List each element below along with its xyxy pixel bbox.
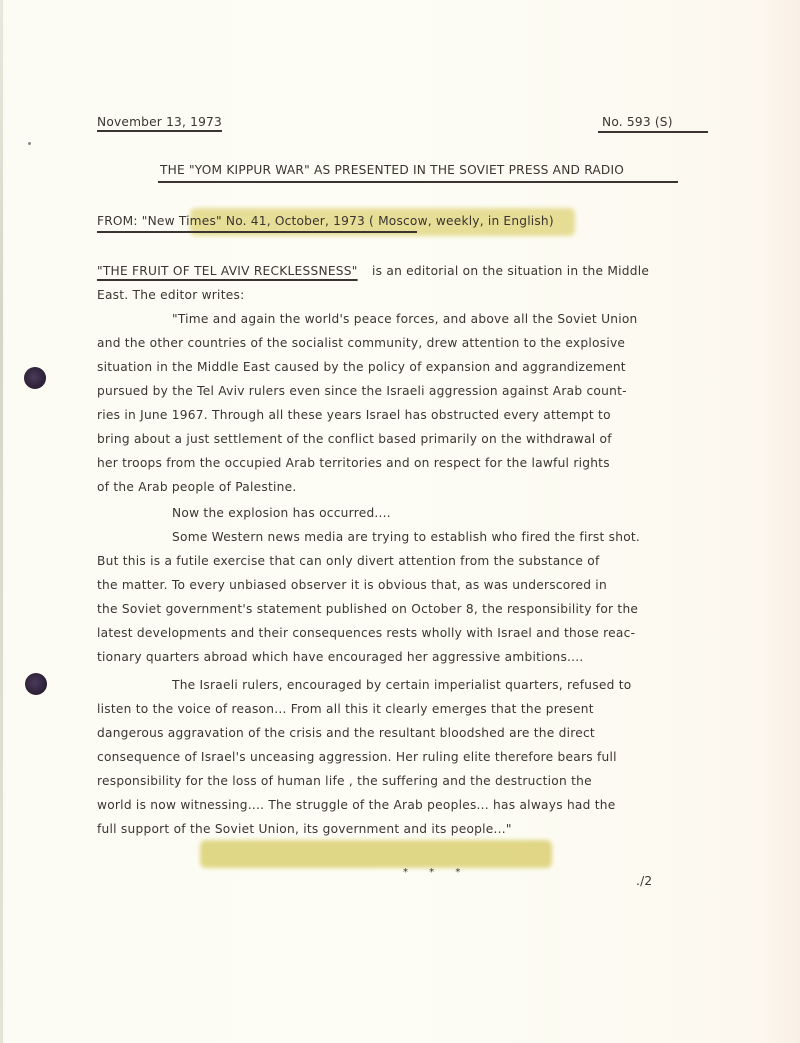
punch-hole-icon bbox=[25, 673, 47, 695]
document-title: THE "YOM KIPPUR WAR" AS PRESENTED IN THE… bbox=[160, 163, 624, 177]
body-line: full support of the Soviet Union, its go… bbox=[97, 822, 512, 836]
document-date: November 13, 1973 bbox=[97, 115, 222, 129]
underline-divider bbox=[598, 131, 708, 133]
body-line: of the Arab people of Palestine. bbox=[97, 480, 297, 494]
paper-speck bbox=[28, 142, 31, 145]
body-line: ries in June 1967. Through all these yea… bbox=[97, 408, 611, 422]
underline-divider bbox=[97, 231, 417, 233]
body-line: the matter. To every unbiased observer i… bbox=[97, 578, 607, 592]
body-line: responsibility for the loss of human lif… bbox=[97, 774, 592, 788]
body-line: the Soviet government's statement publis… bbox=[97, 602, 638, 616]
body-line: listen to the voice of reason... From al… bbox=[97, 702, 594, 716]
body-line: latest developments and their consequenc… bbox=[97, 626, 635, 640]
underline-divider bbox=[158, 181, 678, 183]
document-number: No. 593 (S) bbox=[602, 115, 673, 129]
body-line: East. The editor writes: bbox=[97, 288, 244, 302]
punch-hole-icon bbox=[24, 367, 46, 389]
page-edge-shadow bbox=[0, 0, 3, 1043]
body-line: "Time and again the world's peace forces… bbox=[172, 312, 638, 326]
body-line: consequence of Israel's unceasing aggres… bbox=[97, 750, 617, 764]
body-line: pursued by the Tel Aviv rulers even sinc… bbox=[97, 384, 627, 398]
article-heading: "THE FRUIT OF TEL AVIV RECKLESSNESS" bbox=[97, 264, 358, 278]
body-line: situation in the Middle East caused by t… bbox=[97, 360, 626, 374]
body-line: Now the explosion has occurred.... bbox=[172, 506, 391, 520]
body-line: But this is a futile exercise that can o… bbox=[97, 554, 599, 568]
body-line: her troops from the occupied Arab territ… bbox=[97, 456, 610, 470]
body-line: world is now witnessing.... The struggle… bbox=[97, 798, 616, 812]
document-page: November 13, 1973 No. 593 (S) THE "YOM K… bbox=[0, 0, 800, 1043]
body-line: The Israeli rulers, encouraged by certai… bbox=[172, 678, 631, 692]
body-line: and the other countries of the socialist… bbox=[97, 336, 625, 350]
source-line: FROM: "New Times" No. 41, October, 1973 … bbox=[97, 214, 554, 228]
body-line: bring about a just settlement of the con… bbox=[97, 432, 612, 446]
page-continuation: ./2 bbox=[636, 874, 652, 888]
section-separator: * * * bbox=[403, 867, 469, 878]
body-line: dangerous aggravation of the crisis and … bbox=[97, 726, 595, 740]
body-line: is an editorial on the situation in the … bbox=[372, 264, 649, 278]
highlighter-mark bbox=[200, 840, 552, 868]
body-line: Some Western news media are trying to es… bbox=[172, 530, 640, 544]
body-line: tionary quarters abroad which have encou… bbox=[97, 650, 584, 664]
